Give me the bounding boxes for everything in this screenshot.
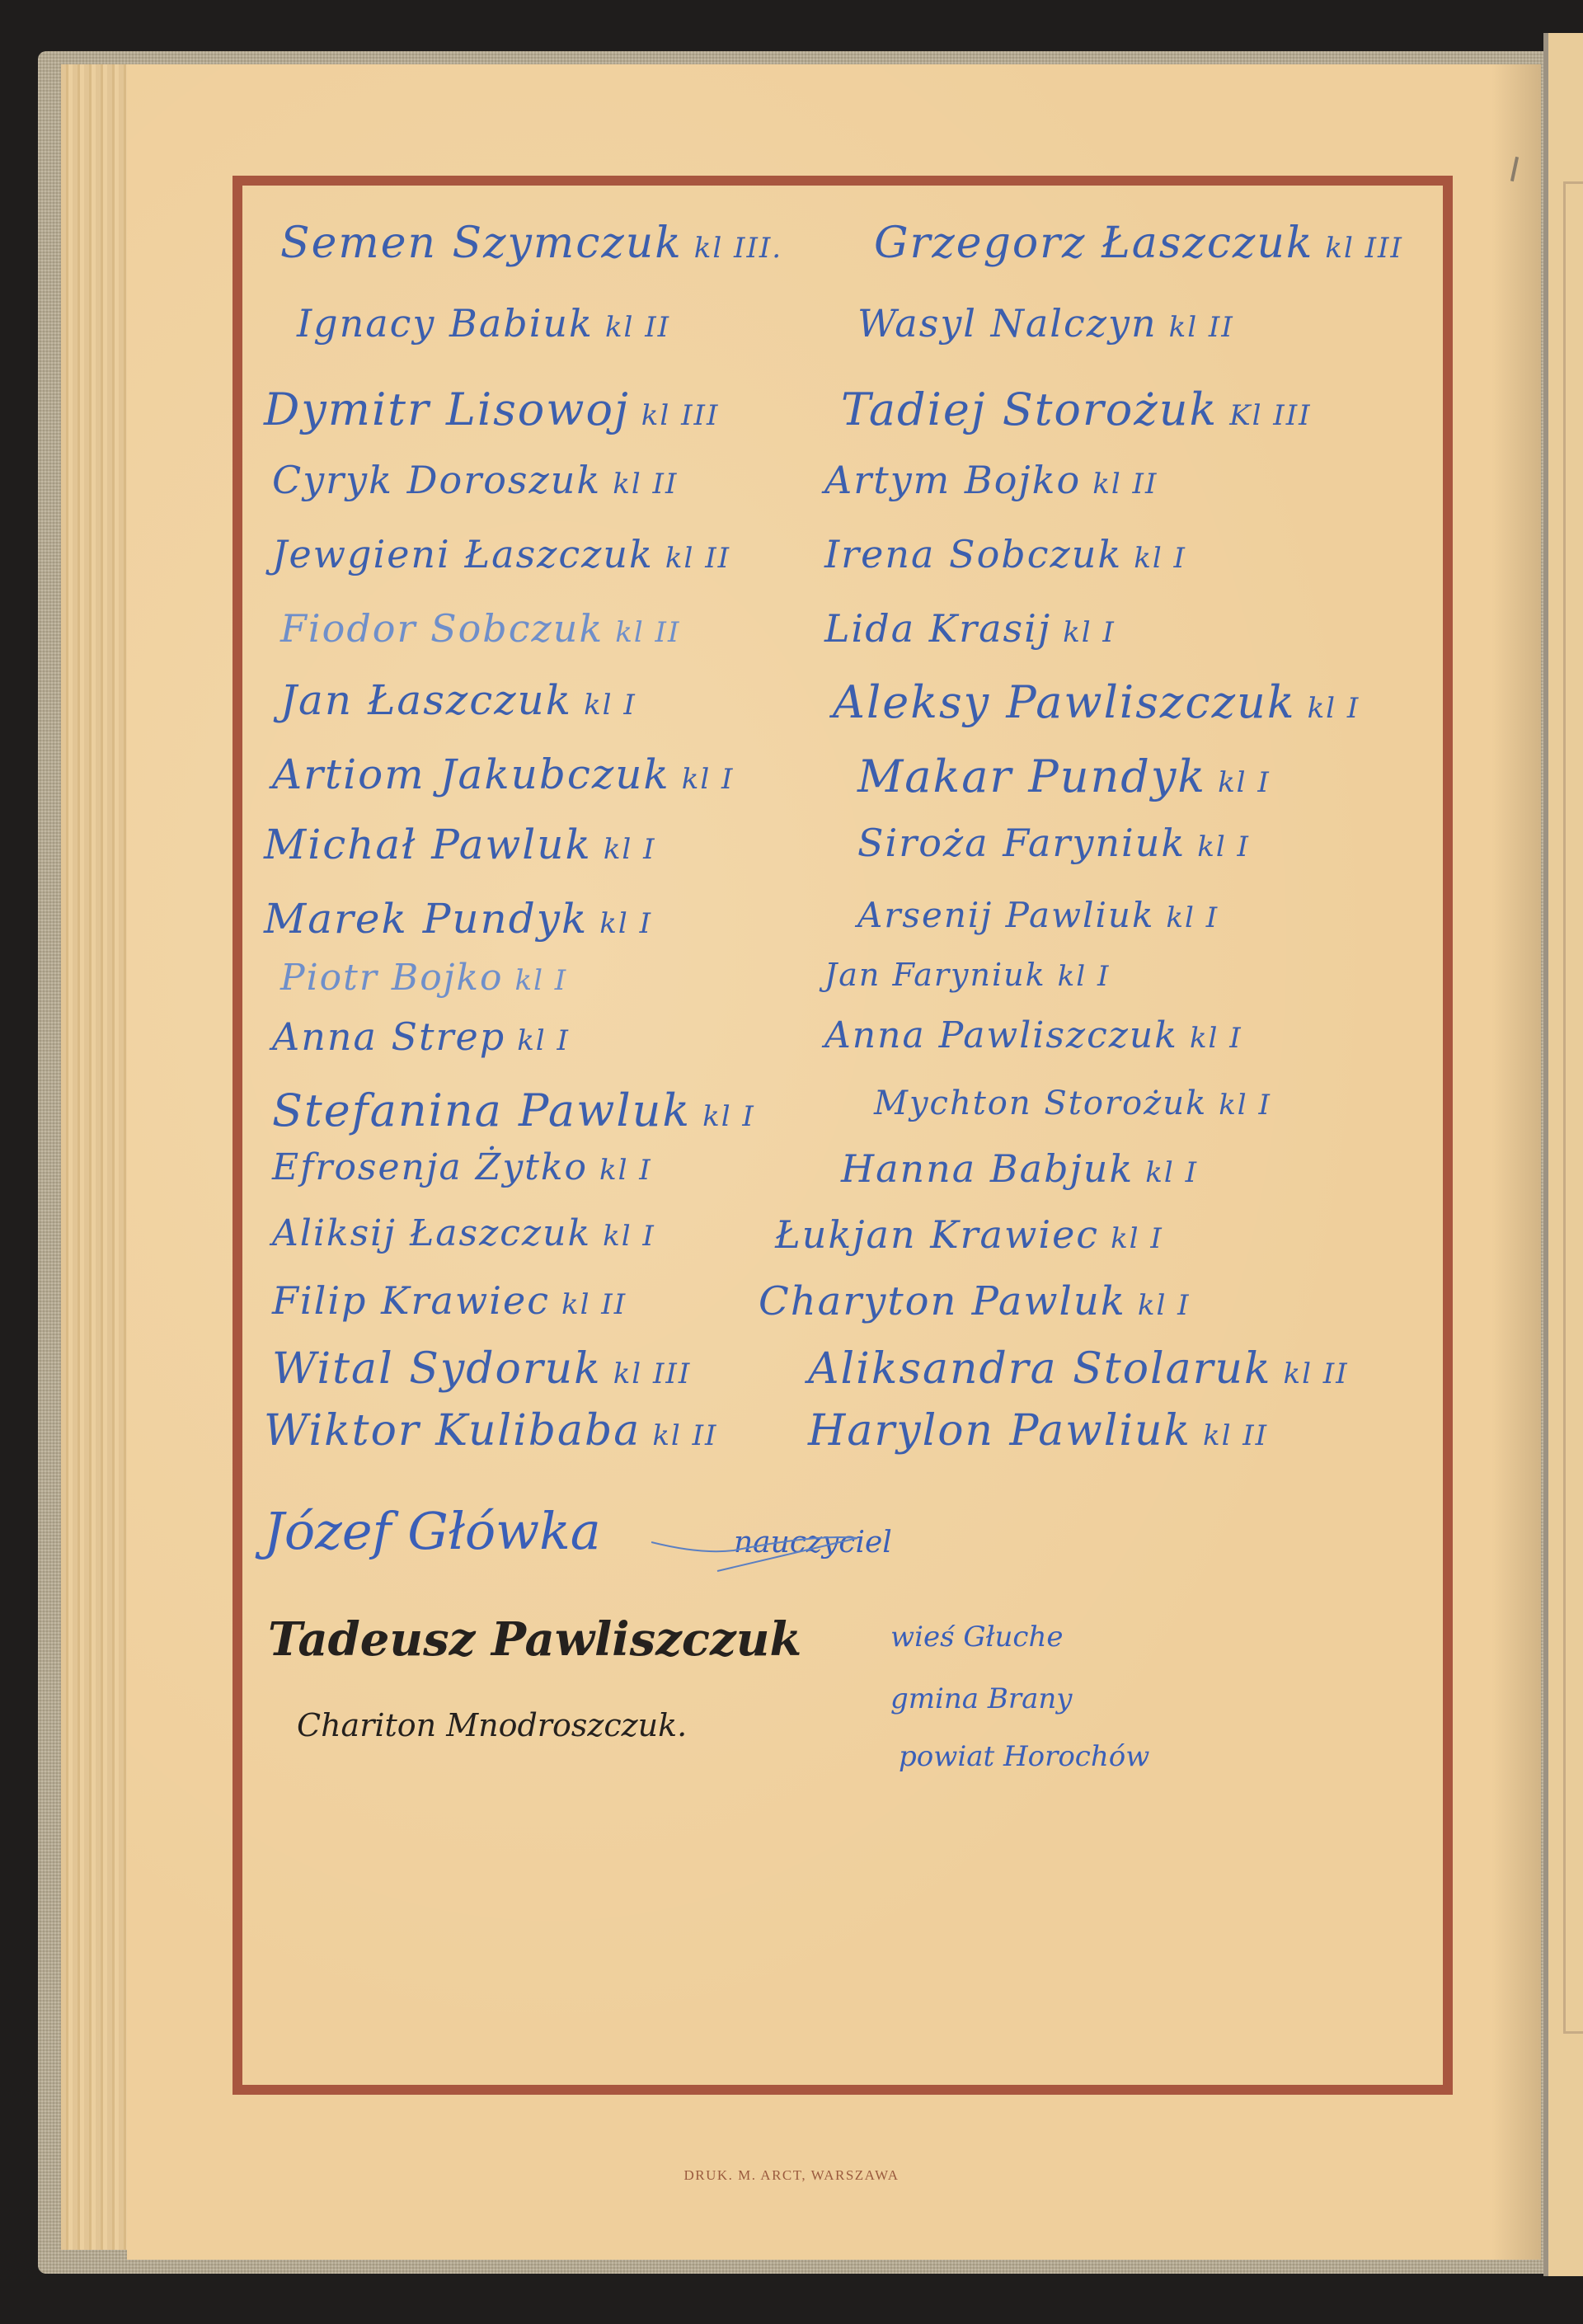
list-row: Wital Sydorukkl III Aliksandra Stolarukk… [247, 1344, 1435, 1410]
list-row: Piotr Bojkokl I Jan Faryniukkl I [247, 957, 1435, 1023]
signature-entry: Tadiej StorożukKl III [841, 383, 1312, 435]
signature-entry: Grzegorz Łaszczukkl III [874, 219, 1403, 268]
signature-entry: Charyton Pawlukkl I [759, 1278, 1191, 1324]
list-row: Wiktor Kulibabakl II Harylon Pawliukkl I… [247, 1406, 1435, 1472]
signature-entry: Jan Faryniukkl I [824, 957, 1110, 993]
printer-imprint: DRUK. M. ARCT, WARSZAWA [0, 2167, 1583, 2184]
signature-entry: Harylon Pawliukkl II [808, 1406, 1268, 1456]
signature-entry: Cyryk Doroszukkl II [272, 458, 678, 502]
list-row: Fiodor Sobczukkl II Lida Krasijkl I [247, 606, 1435, 672]
list-row: Artiom Jakubczukkl I Makar Pundykkl I [247, 750, 1435, 816]
signature-entry: Jewgieni Łaszczukkl II [272, 532, 730, 576]
signature-entry: Efrosenja Żytkokl I [272, 1146, 652, 1188]
list-row: Semen Szymczukkl III. Grzegorz Łaszczukk… [247, 219, 1435, 285]
signature-entry: Irena Sobczukkl I [824, 532, 1186, 576]
signature-entry: Jan Łaszczukkl I [280, 676, 636, 724]
signature-entry: Michał Pawlukkl I [264, 821, 656, 868]
signature-entry: Piotr Bojkokl I [280, 957, 567, 999]
signature-entry: Semen Szymczukkl III. [280, 219, 782, 268]
list-row: Cyryk Doroszukkl II Artym Bojkokl II [247, 458, 1435, 524]
district-label: powiat Horochów [899, 1740, 1149, 1773]
signature-entry: Anna Strepkl I [272, 1014, 570, 1059]
signature-entry: Mychton Storożukkl I [874, 1084, 1271, 1122]
next-page-edge [1543, 33, 1583, 2276]
village-label: wieś Głuche [890, 1621, 1064, 1654]
signature-entry: Aleksy Pawliszczukkl I [833, 676, 1360, 728]
signature-entry: Stefanina Pawlukkl I [272, 1084, 755, 1136]
signature-entry: Makar Pundykkl I [857, 750, 1271, 802]
list-row: Jan Łaszczukkl I Aleksy Pawliszczukkl I [247, 676, 1435, 742]
commune-label: gmina Brany [890, 1682, 1072, 1715]
signature-entry: Artiom Jakubczukkl I [272, 750, 734, 798]
signature-entry: Aliksij Łaszczukkl I [272, 1212, 655, 1254]
list-row: Dymitr Lisowojkl III Tadiej StorożukKl I… [247, 383, 1435, 449]
signature-entry: Ignacy Babiukkl II [297, 301, 670, 346]
signature-entry: Wital Sydorukkl III [272, 1344, 691, 1394]
signature-entry: Dymitr Lisowojkl III [264, 383, 719, 435]
signature-entry: Filip Krawieckl II [272, 1278, 627, 1323]
signature-entry: Arsenij Pawliukkl I [857, 895, 1219, 935]
list-row: Filip Krawieckl II Charyton Pawlukkl I [247, 1278, 1435, 1344]
list-row: Michał Pawlukkl I Siroża Faryniukkl I [247, 821, 1435, 887]
list-row: Jewgieni Łaszczukkl II Irena Sobczukkl I [247, 532, 1435, 598]
signature-entry: Łukjan Krawieckl I [775, 1212, 1163, 1257]
list-row: Ignacy Babiukkl II Wasyl Nalczynkl II [247, 301, 1435, 367]
official-signature-2: Chariton Mnodroszczuk. [297, 1707, 687, 1743]
signature-entry: Aliksandra Stolarukkl II [808, 1344, 1349, 1394]
signature-flourish [651, 1534, 899, 1575]
signature-entry: Hanna Babjukkl I [841, 1146, 1198, 1191]
signature-entry: Wasyl Nalczynkl II [857, 301, 1234, 346]
official-signature-1: Tadeusz Pawliszczuk [268, 1612, 801, 1667]
signature-entry: Fiodor Sobczukkl II [280, 606, 680, 651]
list-row: Marek Pundykkl I Arsenij Pawliukkl I [247, 895, 1435, 961]
signature-entry: Wiktor Kulibabakl II [264, 1406, 717, 1456]
signature-entry: Anna Pawliszczukkl I [824, 1014, 1242, 1056]
signature-entry: Lida Krasijkl I [824, 606, 1116, 651]
list-row: Anna Strepkl I Anna Pawliszczukkl I [247, 1014, 1435, 1080]
list-row: Aliksij Łaszczukkl I Łukjan Krawieckl I [247, 1212, 1435, 1278]
signature-entry: Artym Bojkokl II [824, 458, 1158, 502]
list-row: Efrosenja Żytkokl I Hanna Babjukkl I [247, 1146, 1435, 1212]
signature-entry: Marek Pundykkl I [264, 895, 652, 943]
teacher-signature: Józef Główka [264, 1501, 601, 1561]
list-row: Stefanina Pawlukkl I Mychton Storożukkl … [247, 1084, 1435, 1150]
signature-entry: Siroża Faryniukkl I [857, 821, 1250, 865]
page-edges [61, 64, 129, 2250]
